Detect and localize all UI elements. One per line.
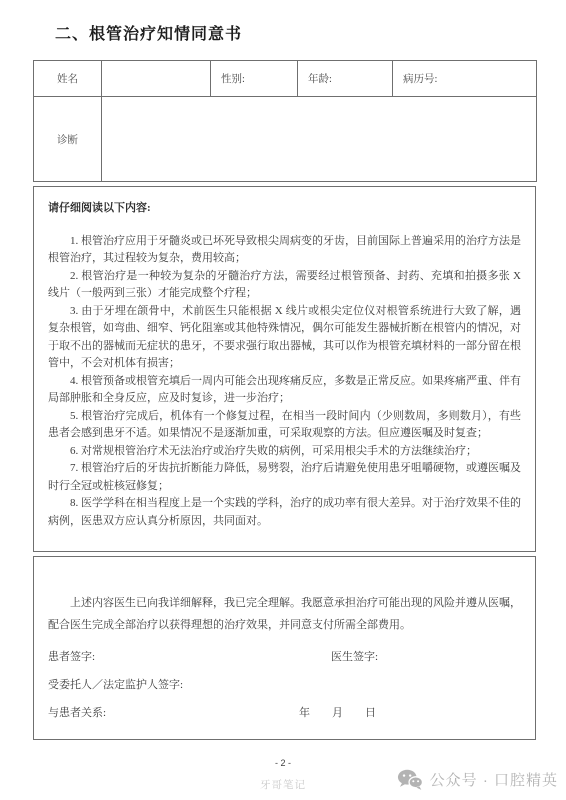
consent-statement: 上述内容医生已向我详细解释，我已完全理解。我愿意承担治疗可能出现的风险并遵从医嘱… <box>48 592 521 636</box>
gender-label: 性别: <box>211 61 298 97</box>
content-item-4: 4. 根管预备或根管充填后一周内可能会出现疼痛反应，多数是正常反应。如果疼痛严重… <box>48 373 521 408</box>
wechat-official-account-badge: 公众号 · 口腔精英 <box>397 766 558 792</box>
guardian-signature-label: 受委托人／法定监护人签字: <box>48 679 183 691</box>
page-title: 二、根管治疗知情同意书 <box>55 21 242 44</box>
name-label: 姓名 <box>34 61 102 97</box>
content-item-3: 3. 由于牙埋在颌骨中，术前医生只能根据 X 线片或根尖定位仪对根管系统进行大致… <box>48 303 521 373</box>
signature-row-guardian: 受委托人／法定监护人签字: <box>48 677 521 694</box>
signature-row-relation-date: 与患者关系:年 月 日 <box>48 705 521 722</box>
content-box: 请仔细阅读以下内容: 1. 根管治疗应用于牙髓炎或已坏死导致根尖周病变的牙齿，目… <box>33 186 536 552</box>
wechat-account-text: 公众号 · 口腔精英 <box>430 769 558 790</box>
doctor-signature-label: 医生签字: <box>331 651 378 663</box>
table-row: 姓名 性别: 年龄: 病历号: <box>34 61 537 97</box>
relation-label: 与患者关系: <box>48 705 299 722</box>
name-value-cell <box>102 61 211 97</box>
patient-signature-label: 患者签字: <box>48 649 331 666</box>
patient-info-table: 姓名 性别: 年龄: 病历号: 诊断 <box>33 60 537 182</box>
record-number-label: 病历号: <box>393 61 537 97</box>
consent-form-page: 二、根管治疗知情同意书 姓名 性别: 年龄: 病历号: 诊断 请仔细阅读以下内容… <box>0 0 566 800</box>
age-label: 年龄: <box>298 61 393 97</box>
content-intro: 请仔细阅读以下内容: <box>48 200 521 218</box>
content-item-6: 6. 对常规根管治疗术无法治疗或治疗失败的病例，可采用根尖手术的方法继续治疗； <box>48 443 521 461</box>
content-item-1: 1. 根管治疗应用于牙髓炎或已坏死导致根尖周病变的牙齿，目前国际上普遍采用的治疗… <box>48 233 521 268</box>
date-label: 年 月 日 <box>299 707 376 719</box>
signature-box: 上述内容医生已向我详细解释，我已完全理解。我愿意承担治疗可能出现的风险并遵从医嘱… <box>33 556 536 740</box>
signature-row-patient-doctor: 患者签字:医生签字: <box>48 649 521 666</box>
content-item-7: 7. 根管治疗后的牙齿抗折断能力降低，易劈裂，治疗后请避免使用患牙咀嚼硬物，或遵… <box>48 460 521 495</box>
content-item-8: 8. 医学学科在相当程度上是一个实践的学科，治疗的成功率有很大差异。对于治疗效果… <box>48 495 521 530</box>
wechat-icon <box>397 768 423 791</box>
diagnosis-label: 诊断 <box>34 97 102 182</box>
diagnosis-value-cell <box>102 97 537 182</box>
table-row: 诊断 <box>34 97 537 182</box>
content-item-2: 2. 根管治疗是一种较为复杂的牙髓治疗方法，需要经过根管预备、封药、充填和拍摄多… <box>48 268 521 303</box>
content-item-5: 5. 根管治疗完成后，机体有一个修复过程，在相当一段时间内（少则数周，多则数月）… <box>48 408 521 443</box>
